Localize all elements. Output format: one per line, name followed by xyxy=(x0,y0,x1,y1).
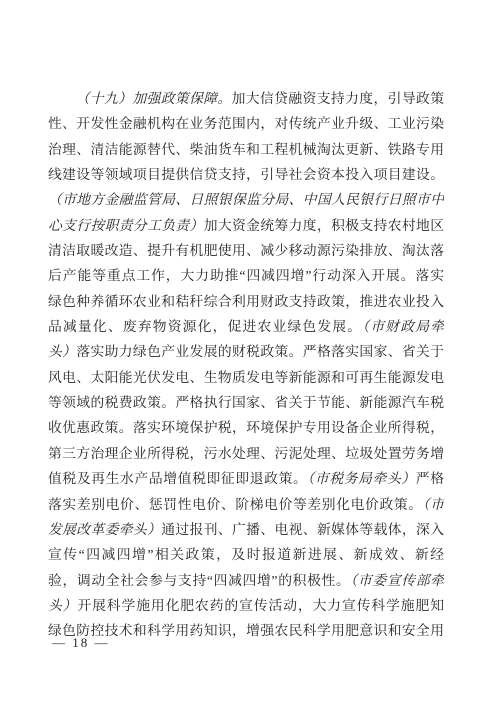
text-segment: 心支行按职责分工负责） xyxy=(48,218,204,233)
text-line: 绿色种养循环农业和秸秆综合利用财政支持政策，推进农业投入 xyxy=(48,289,444,314)
text-segment: 通过报刊、广播、电视、新媒体等载体，深入 xyxy=(161,522,444,537)
text-segment: 绿色种养循环农业和秸秆综合利用财政支持政策，推进农业投入 xyxy=(48,294,444,309)
text-segment: （十九）加强政策保障。 xyxy=(76,91,232,106)
text-segment: （市地方金融监管局、日照银保监分局、中国人民银行日照市中 xyxy=(48,192,444,207)
text-line: （市地方金融监管局、日照银保监分局、中国人民银行日照市中 xyxy=(48,187,444,212)
text-segment: 第三方治理企业所得税，污水处理、污泥处理、垃圾处置劳务增 xyxy=(48,446,444,461)
text-segment: 验，调动全社会参与支持“四减四增”的积极性。 xyxy=(48,573,350,588)
text-line: 发展改革委牵头）通过报刊、广播、电视、新媒体等载体，深入 xyxy=(48,517,444,542)
text-segment: （市税务局牵头） xyxy=(307,471,415,486)
text-segment: 头） xyxy=(48,344,76,359)
text-segment: 清洁取暖改造、提升有机肥使用、减少移动源污染排放、淘汰落 xyxy=(48,243,444,258)
text-line: 后产能等重点工作，大力助推“四减四增”行动深入开展。落实 xyxy=(48,263,444,288)
text-line: 宣传“四减四增”相关政策，及时报道新进展、新成效、新经 xyxy=(48,542,444,567)
text-segment: （市委宣传部牵 xyxy=(350,573,444,588)
text-segment: 性、开发性金融机构在业务范围内，对传统产业升级、工业污染 xyxy=(48,116,444,131)
text-line: 等领域的税费政策。严格执行国家、省关于节能、新能源汽车税 xyxy=(48,390,444,415)
text-line: 心支行按职责分工负责）加大资金统筹力度，积极支持农村地区 xyxy=(48,213,444,238)
text-segment: 加大信贷融资支持力度，引导政策 xyxy=(232,91,444,106)
text-line: 第三方治理企业所得税，污水处理、污泥处理、垃圾处置劳务增 xyxy=(48,441,444,466)
document-page: （十九）加强政策保障。加大信贷融资支持力度，引导政策性、开发性金融机构在业务范围… xyxy=(0,0,500,707)
text-segment: 治理、清洁能源替代、柴油货车和工程机械淘汰更新、铁路专用 xyxy=(48,142,444,157)
text-segment: 严格 xyxy=(416,471,444,486)
text-segment: 品减量化、废弃物资源化，促进农业绿色发展。 xyxy=(48,319,362,334)
text-segment: 值税及再生水产品增值税即征即退政策。 xyxy=(48,471,307,486)
text-line: 品减量化、废弃物资源化，促进农业绿色发展。（市财政局牵 xyxy=(48,314,444,339)
text-line: 清洁取暖改造、提升有机肥使用、减少移动源污染排放、淘汰落 xyxy=(48,238,444,263)
text-segment: 后产能等重点工作，大力助推“四减四增”行动深入开展。落实 xyxy=(48,268,444,283)
text-line: 头）开展科学施用化肥农药的宣传活动，大力宣传科学施肥知识、 xyxy=(48,593,444,618)
text-segment: 线建设等领域项目提供信贷支持，引导社会资本投入项目建设。 xyxy=(48,167,444,182)
text-line: （十九）加强政策保障。加大信贷融资支持力度，引导政策 xyxy=(48,86,444,111)
text-segment: 落实助力绿色产业发展的财税政策。严格落实国家、省关于 xyxy=(76,344,444,359)
text-segment: 风电、太阳能光伏发电、生物质发电等新能源和可再生能源发电 xyxy=(48,370,444,385)
text-line: 线建设等领域项目提供信贷支持，引导社会资本投入项目建设。 xyxy=(48,162,444,187)
text-segment: 等领域的税费政策。严格执行国家、省关于节能、新能源汽车税 xyxy=(48,395,444,410)
text-line: 落实差别电价、惩罚性电价、阶梯电价等差别化电价政策。（市 xyxy=(48,492,444,517)
text-segment: 头） xyxy=(48,598,77,613)
page-number: — 18 — xyxy=(52,633,110,653)
text-segment: （市财政局牵 xyxy=(362,319,444,334)
text-segment: 收优惠政策。落实环境保护税，环境保护专用设备企业所得税， xyxy=(48,420,444,435)
text-line: 值税及再生水产品增值税即征即退政策。（市税务局牵头）严格 xyxy=(48,466,444,491)
text-line: 性、开发性金融机构在业务范围内，对传统产业升级、工业污染 xyxy=(48,111,444,136)
text-line: 治理、清洁能源替代、柴油货车和工程机械淘汰更新、铁路专用 xyxy=(48,137,444,162)
text-line: 头）落实助力绿色产业发展的财税政策。严格落实国家、省关于 xyxy=(48,339,444,364)
text-line: 收优惠政策。落实环境保护税，环境保护专用设备企业所得税， xyxy=(48,415,444,440)
text-segment: 加大资金统筹力度，积极支持农村地区 xyxy=(204,218,444,233)
text-line: 风电、太阳能光伏发电、生物质发电等新能源和可再生能源发电 xyxy=(48,365,444,390)
text-segment: 宣传“四减四增”相关政策，及时报道新进展、新成效、新经 xyxy=(48,547,444,562)
document-body: （十九）加强政策保障。加大信贷融资支持力度，引导政策性、开发性金融机构在业务范围… xyxy=(48,86,444,644)
text-segment: 开展科学施用化肥农药的宣传活动，大力宣传科学施肥知识、 xyxy=(48,598,444,618)
text-segment: 发展改革委牵头） xyxy=(48,522,161,537)
text-line: 验，调动全社会参与支持“四减四增”的积极性。（市委宣传部牵 xyxy=(48,568,444,593)
text-segment: 落实差别电价、惩罚性电价、阶梯电价等差别化电价政策。 xyxy=(48,497,423,512)
text-segment: （市 xyxy=(423,497,444,512)
